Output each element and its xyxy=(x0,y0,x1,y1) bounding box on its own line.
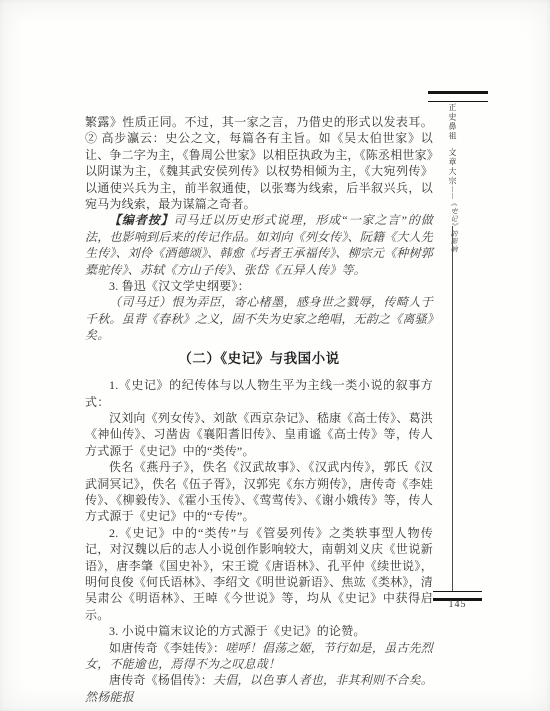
luxun-item-heading: 3. 鲁迅《汉文学史纲要》： xyxy=(85,278,433,294)
book-page-scan: 繁露》性质正同。不过，其一家之言，乃借史的形式以发表耳。② 高步瀛云：史公之文，… xyxy=(0,0,550,711)
running-head-part1: 正史鼻祖 xyxy=(448,103,457,141)
paragraph-continuation: 繁露》性质正同。不过，其一家之言，乃借史的形式以发表耳。② 高步瀛云：史公之文，… xyxy=(85,114,433,212)
running-head-part2: 文章大宗 xyxy=(448,141,457,186)
main-text-column: 繁露》性质正同。不过，其一家之言，乃借史的形式以发表耳。② 高步瀛云：史公之文，… xyxy=(85,114,433,705)
sidebar-top-rule xyxy=(428,91,488,102)
section2-item1: 1.《史记》的纪传体与以人物生平为主线一类小说的叙事方式： xyxy=(85,377,433,410)
quote-liwazhuan-lead: 如唐传奇《李娃传》： xyxy=(109,641,225,655)
section2-item1-para-b: 佚名《燕丹子》，佚名《汉武故事》、《汉武内传》，郭氏《汉武洞冥记》，佚名《伍子胥… xyxy=(85,459,433,525)
luxun-quote: （司马迁）恨为弄臣，寄心楮墨，感身世之戮辱，传畸人于千秋。虽背《春秋》之义，固不… xyxy=(85,294,433,343)
section-heading: （二）《史记》与我国小说 xyxy=(85,351,433,367)
section2-item2: 2.《史记》中的“类传”与《管晏列传》之类轶事型人物传记，对汉魏以后的志人小说创… xyxy=(85,525,433,623)
editor-note-label: 【编者按】 xyxy=(109,213,174,227)
page-number: 145 xyxy=(433,599,482,610)
sidebar-vertical-rule xyxy=(452,226,453,592)
quote-liwazhuan: 如唐传奇《李娃传》：嗟呼！倡荡之姬，节行如是，虽古先烈女，不能逾也，焉得不为之叹… xyxy=(85,640,433,673)
section2-item3: 3. 小说中篇末议论的方式源于《史记》的论赞。 xyxy=(85,623,433,639)
quote-yangchangzhuan: 唐传奇《杨倡传》：夫倡，以色事人者也，非其利则不合矣。然杨能报 xyxy=(85,672,433,705)
editor-note: 【编者按】司马迁以历史形式说理，形成“一家之言”的做法，也影响到后来的传记作品。… xyxy=(85,212,433,278)
section2-item1-para-a: 汉刘向《列女传》、刘歆《西京杂记》、嵇康《高士传》、葛洪《神仙传》、习凿齿《襄阳… xyxy=(85,410,433,459)
quote-yangchangzhuan-lead: 唐传奇《杨倡传》： xyxy=(109,673,213,687)
